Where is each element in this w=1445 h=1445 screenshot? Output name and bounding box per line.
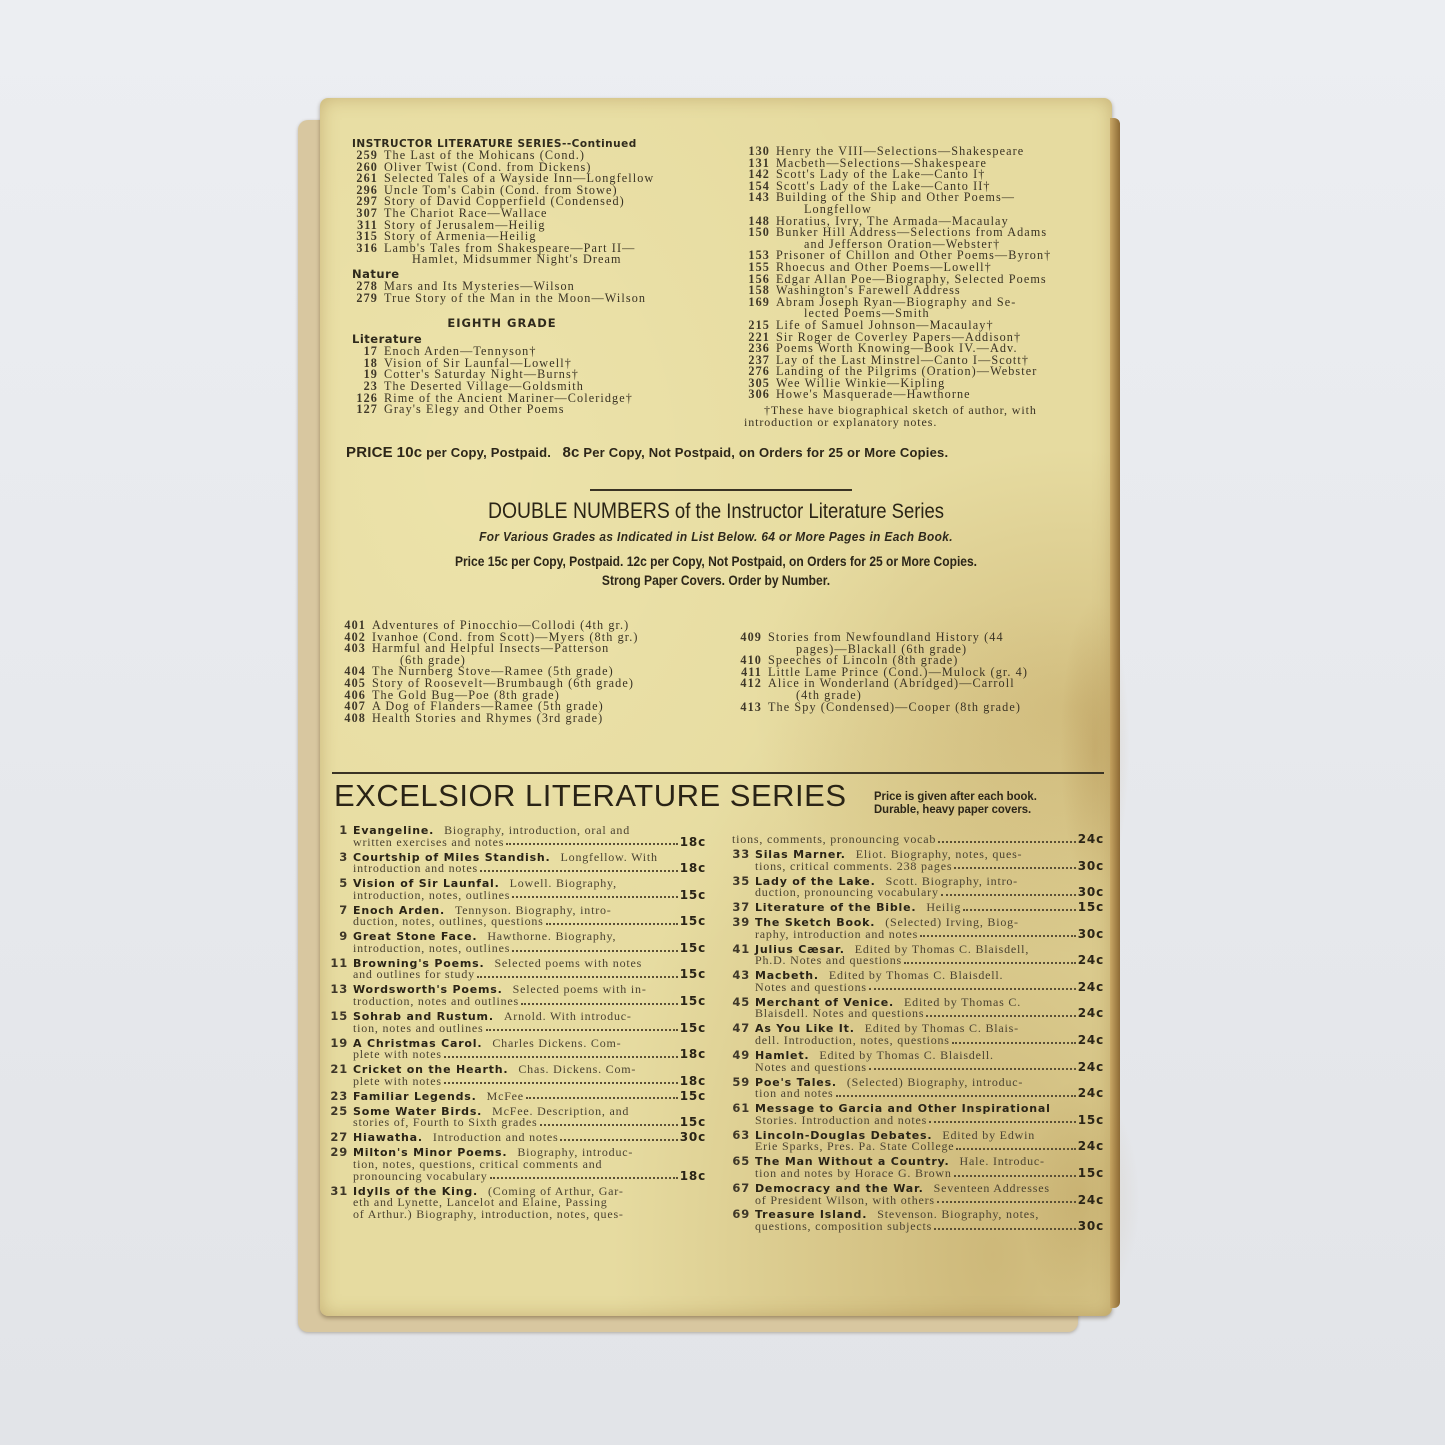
double-numbers-covers: Strong Paper Covers. Order by Number. [375, 572, 1056, 588]
dot-leader [904, 955, 1076, 964]
dot-leader [444, 1076, 678, 1085]
item-number: 408 [340, 713, 366, 725]
dot-leader [480, 863, 678, 872]
eighth-grade-heading: EIGHTH GRADE [352, 316, 652, 330]
dot-leader [938, 834, 1076, 843]
item-number: 65 [732, 1156, 750, 1168]
list-item: 413The Spy (Condensed)—Cooper (8th grade… [736, 702, 1116, 714]
item-price: 24c [1078, 1062, 1104, 1074]
item-price: 18c [680, 1076, 706, 1088]
item-description-cont: of President Wilson, with others [755, 1195, 935, 1207]
excelsior-right-list: 33Silas Marner.Eliot. Biography, notes, … [732, 849, 1104, 1233]
item-description: Introduction and notes [433, 1132, 559, 1144]
item-price: 15c [680, 1117, 706, 1129]
item-number: 279 [352, 293, 378, 305]
item-price: 30c [1078, 887, 1104, 899]
dot-leader [954, 1168, 1076, 1177]
dot-leader [444, 1049, 678, 1058]
item-description-cont: and outlines for study [353, 969, 475, 981]
dot-leader [477, 969, 678, 978]
item-price: 24c [1078, 834, 1104, 846]
item-number: 49 [732, 1050, 750, 1062]
dot-leader [963, 902, 1076, 911]
item-price: 24c [1078, 1088, 1104, 1100]
list-item: 37Literature of the Bible.Heilig15c [732, 902, 1104, 914]
dot-leader [956, 1141, 1075, 1150]
double-right-list: 409Stories from Newfoundland History (44… [736, 632, 1116, 713]
item-price: 18c [680, 863, 706, 875]
dot-leader [954, 861, 1075, 870]
item-number: 69 [732, 1209, 750, 1221]
item-description: Lowell. Biography, [510, 878, 617, 890]
item-description-cont: tion and notes [755, 1088, 834, 1100]
nature-list: 278Mars and Its Mysteries—Wilson279True … [352, 281, 742, 304]
list-item: 143Building of the Ship and Other Poems— [744, 192, 1114, 204]
item-description-cont: plete with notes [353, 1049, 442, 1061]
item-number: 23 [330, 1091, 348, 1103]
dot-leader [952, 1035, 1076, 1044]
list-item: 43Macbeth.Edited by Thomas C. Blaisdell.… [732, 970, 1104, 993]
dot-leader [512, 890, 678, 899]
excelsior-header: EXCELSIOR LITERATURE SERIES Price is giv… [334, 778, 1114, 814]
item-description-cont: Notes and questions [755, 982, 867, 994]
item-price: 18c [680, 1171, 706, 1183]
item-description: Heilig [926, 902, 961, 914]
item-price: 24c [1078, 955, 1104, 967]
item-number: 15 [330, 1011, 348, 1023]
item-description-cont: Notes and questions [755, 1062, 867, 1074]
list-item: 25Some Water Birds.McFee. Description, a… [330, 1106, 706, 1129]
bulk-price-text: Per Copy, Not Postpaid, on Orders for 25… [583, 445, 948, 460]
item-number: 413 [736, 702, 762, 714]
item-description: Charles Dickens. Com- [492, 1038, 621, 1050]
item-number: 59 [732, 1077, 750, 1089]
item-title: The Spy (Condensed)—Cooper (8th grade) [768, 700, 1021, 714]
list-item: 19A Christmas Carol.Charles Dickens. Com… [330, 1038, 706, 1061]
item-price: 15c [680, 1023, 706, 1035]
item-description: Seventeen Addresses [934, 1183, 1050, 1195]
list-item: 9Great Stone Face.Hawthorne. Biography,i… [330, 931, 706, 954]
list-item: 49Hamlet.Edited by Thomas C. Blaisdell.N… [732, 1050, 1104, 1073]
item-number: 47 [732, 1023, 750, 1035]
item-number: 33 [732, 849, 750, 861]
list-item: 39The Sketch Book.(Selected) Irving, Bio… [732, 917, 1104, 940]
dot-leader [941, 887, 1076, 896]
dot-leader [934, 1221, 1076, 1230]
dot-leader [490, 1171, 678, 1180]
item-description-cont: Ph.D. Notes and questions [755, 955, 902, 967]
dot-leader [521, 996, 678, 1005]
price-amount: 10c [397, 444, 423, 461]
item-number: 35 [732, 876, 750, 888]
item-description: Hale. Introduc- [960, 1156, 1045, 1168]
item-price: 30c [1078, 1221, 1104, 1233]
item-description-cont: dell. Introduction, notes, questions [755, 1035, 950, 1047]
item-description-cont: introduction, notes, outlines [353, 890, 510, 902]
item-price: 24c [1078, 1035, 1104, 1047]
instructor-right-list: 130Henry the VIII—Selections—Shakespeare… [744, 146, 1114, 401]
item-title: Howe's Masquerade—Hawthorne [776, 387, 971, 401]
item-description: Selected poems with in- [513, 984, 647, 996]
item-price: 15c [680, 996, 706, 1008]
item-description: McFee [487, 1091, 524, 1103]
item-title: Literature of the Bible. [755, 902, 916, 914]
item-description-cont: introduction and notes [353, 863, 478, 875]
item-description-cont: tion and notes by Horace G. Brown [755, 1168, 952, 1180]
item-description-cont: written exercises and notes [353, 837, 504, 849]
divider [332, 772, 1104, 774]
double-numbers-subtitle: For Various Grades as Indicated in List … [340, 530, 1092, 544]
item-number: 150 [744, 227, 770, 239]
list-item: 23Familiar Legends.McFee15c [330, 1091, 706, 1103]
item-number: 143 [744, 192, 770, 204]
dot-leader [926, 1008, 1075, 1017]
item-price: 24c [1078, 1008, 1104, 1020]
item-description: Longfellow. With [561, 852, 658, 864]
instructor-left-column: INSTRUCTOR LITERATURE SERIES--Continued … [352, 138, 742, 416]
double-left-list: 401Adventures of Pinocchio—Collodi (4th … [340, 620, 740, 724]
item-number: 412 [736, 678, 762, 690]
item-price: 15c [680, 1091, 706, 1103]
item-price: 15c [680, 969, 706, 981]
list-item: 45Merchant of Venice.Edited by Thomas C.… [732, 997, 1104, 1020]
dot-leader [512, 943, 678, 952]
dot-leader [869, 1062, 1076, 1071]
instructor-list: 259The Last of the Mohicans (Cond.)260Ol… [352, 150, 742, 266]
double-numbers-price: Price 15c per Copy, Postpaid. 12c per Co… [375, 553, 1056, 569]
list-item: 31Idylls of the King.(Coming of Arthur, … [330, 1186, 706, 1221]
item-price: 15c [1078, 1168, 1104, 1180]
item-number: 27 [330, 1132, 348, 1144]
item-number: 19 [330, 1038, 348, 1050]
item-description: (Selected) Biography, introduc- [847, 1077, 1023, 1089]
list-item: 127Gray's Elegy and Other Poems [352, 404, 742, 416]
item-number: 7 [330, 905, 348, 917]
list-item: 13Wordsworth's Poems.Selected poems with… [330, 984, 706, 1007]
list-item: 412Alice in Wonderland (Abridged)—Carrol… [736, 678, 1116, 690]
list-item: 21Cricket on the Hearth.Chas. Dickens. C… [330, 1064, 706, 1087]
list-item: 11Browning's Poems.Selected poems with n… [330, 958, 706, 981]
item-number: 37 [732, 902, 750, 914]
double-numbers-header: DOUBLE NUMBERS of the Instructor Literat… [320, 498, 1112, 588]
item-description-cont: raphy, introduction and notes [755, 929, 918, 941]
item-number: 1 [330, 825, 348, 837]
excelsior-title: EXCELSIOR LITERATURE SERIES [334, 778, 847, 813]
price-line: PRICE 10c per Copy, Postpaid. 8c Per Cop… [346, 444, 1112, 462]
item-description-cont: of Arthur.) Biography, introduction, not… [353, 1209, 624, 1221]
item-number: 45 [732, 997, 750, 1009]
item-number: 316 [352, 243, 378, 255]
item-description: Selected poems with notes [494, 958, 642, 970]
item-number: 39 [732, 917, 750, 929]
excelsior-right-column: tions, comments, pronouncing vocab 24c 3… [732, 834, 1104, 1236]
list-item: 408Health Stories and Rhymes (3rd grade) [340, 713, 740, 725]
dot-leader [526, 1091, 678, 1100]
dot-leader [486, 1023, 678, 1032]
eighth-grade-list: 17Enoch Arden—Tennyson†18Vision of Sir L… [352, 346, 742, 416]
double-numbers-title: DOUBLE NUMBERS of the Instructor Literat… [368, 498, 1065, 524]
item-title: True Story of the Man in the Moon—Wilson [384, 291, 646, 305]
list-item: 306Howe's Masquerade—Hawthorne [744, 389, 1114, 401]
dot-leader [920, 929, 1076, 938]
price-label: PRICE [346, 444, 393, 461]
item-description-cont: introduction, notes, outlines [353, 943, 510, 955]
list-item: 5Vision of Sir Launfal.Lowell. Biography… [330, 878, 706, 901]
item-number: 63 [732, 1130, 750, 1142]
title-rest: of the Instructor Literature Series [675, 500, 944, 523]
excelsior-note-line2: Durable, heavy paper covers. [874, 803, 1037, 816]
list-item: 1Evangeline.Biography, introduction, ora… [330, 825, 706, 848]
item-price: 18c [680, 1049, 706, 1061]
list-item: 67Democracy and the War.Seventeen Addres… [732, 1183, 1104, 1206]
dot-leader [869, 982, 1076, 991]
double-left-column: 401Adventures of Pinocchio—Collodi (4th … [340, 620, 740, 724]
item-number: 43 [732, 970, 750, 982]
list-item: 59Poe's Tales.(Selected) Biography, intr… [732, 1077, 1104, 1100]
dot-leader [937, 1195, 1076, 1204]
dot-leader [506, 837, 678, 846]
dot-leader [836, 1088, 1076, 1097]
item-number: 5 [330, 878, 348, 890]
item-text: tions, comments, pronouncing vocab [732, 834, 936, 846]
item-description-cont: pronouncing vocabulary [353, 1171, 488, 1183]
item-description-cont: questions, composition subjects [755, 1221, 932, 1233]
list-item: 27Hiawatha.Introduction and notes30c [330, 1132, 706, 1144]
bulk-price-amount: 8c [562, 444, 579, 461]
item-number: 169 [744, 297, 770, 309]
title-bold: DOUBLE NUMBERS [488, 498, 670, 523]
item-price: 15c [680, 943, 706, 955]
excelsior-left-list: 1Evangeline.Biography, introduction, ora… [330, 825, 706, 1220]
item-number: 9 [330, 931, 348, 943]
dot-leader [560, 1132, 677, 1141]
item-price: 24c [1078, 1141, 1104, 1153]
item-number: 409 [736, 632, 762, 644]
divider [590, 489, 852, 491]
excelsior-note: Price is given after each book. Durable,… [874, 790, 1051, 816]
item-number: 3 [330, 852, 348, 864]
item-price: 15c [1078, 1115, 1104, 1127]
item-price: 15c [680, 890, 706, 902]
item-number: 25 [330, 1106, 348, 1118]
list-item: 33Silas Marner.Eliot. Biography, notes, … [732, 849, 1104, 872]
item-description-cont: tion, notes and outlines [353, 1023, 484, 1035]
item-number: 403 [340, 643, 366, 655]
item-description: Chas. Dickens. Com- [518, 1064, 636, 1076]
item-description: Edited by Edwin [942, 1130, 1035, 1142]
item-description-cont: plete with notes [353, 1076, 442, 1088]
item-price: 30c [1078, 861, 1104, 873]
item-title: Health Stories and Rhymes (3rd grade) [372, 711, 603, 725]
list-item: 47As You Like It.Edited by Thomas C. Bla… [732, 1023, 1104, 1046]
list-item: 63Lincoln-Douglas Debates.Edited by Edwi… [732, 1130, 1104, 1153]
dot-leader [929, 1115, 1076, 1124]
list-item: 279True Story of the Man in the Moon—Wil… [352, 293, 742, 305]
list-item: 15Sohrab and Rustum.Arnold. With introdu… [330, 1011, 706, 1034]
list-item: 65The Man Without a Country.Hale. Introd… [732, 1156, 1104, 1179]
item-title: Hiawatha. [353, 1132, 423, 1144]
item-price: 15c [680, 916, 706, 928]
dot-leader [546, 916, 678, 925]
list-item: 35Lady of the Lake.Scott. Biography, int… [732, 876, 1104, 899]
item-number: 61 [732, 1103, 750, 1115]
item-price: 30c [1078, 929, 1104, 941]
item-title: Familiar Legends. [353, 1091, 477, 1103]
item-description-cont: Stories. Introduction and notes [755, 1115, 927, 1127]
list-item: 69Treasure Island.Stevenson. Biography, … [732, 1209, 1104, 1232]
item-number: 31 [330, 1186, 348, 1198]
item-number: 21 [330, 1064, 348, 1076]
item-number: 306 [744, 389, 770, 401]
item-number: 41 [732, 944, 750, 956]
footnote-cont: introduction or explanatory notes. [744, 417, 1114, 429]
item-description-cont: stories of, Fourth to Sixth grades [353, 1117, 538, 1129]
instructor-right-column: 130Henry the VIII—Selections—Shakespeare… [744, 146, 1114, 428]
price-text: per Copy, Postpaid. [426, 445, 551, 460]
item-number: 13 [330, 984, 348, 996]
list-item: tions, comments, pronouncing vocab 24c [732, 834, 1104, 846]
item-price: 24c [1078, 1195, 1104, 1207]
list-item: 61Message to Garcia and Other Inspiratio… [732, 1103, 1104, 1126]
item-number: 67 [732, 1183, 750, 1195]
item-description-cont: duction, notes, outlines, questions [353, 916, 544, 928]
item-description-cont: Blaisdell. Notes and questions [755, 1008, 924, 1020]
book-back-cover: INSTRUCTOR LITERATURE SERIES--Continued … [320, 98, 1112, 1316]
item-price: 18c [680, 837, 706, 849]
item-description-cont: Erie Sparks, Pres. Pa. State College [755, 1141, 954, 1153]
excelsior-left-column: 1Evangeline.Biography, introduction, ora… [330, 825, 706, 1224]
list-item: 3Courtship of Miles Standish.Longfellow.… [330, 852, 706, 875]
item-description: Arnold. With introduc- [504, 1011, 632, 1023]
list-item-continuation: Hamlet, Midsummer Night's Dream [352, 254, 742, 266]
item-description-cont: duction, pronouncing vocabulary [755, 887, 939, 899]
item-description-cont: tions, critical comments. 238 pages [755, 861, 952, 873]
list-item: 29Milton's Minor Poems.Biography, introd… [330, 1147, 706, 1182]
item-title: Gray's Elegy and Other Poems [384, 402, 565, 416]
item-price: 24c [1078, 982, 1104, 994]
double-right-column: 409Stories from Newfoundland History (44… [736, 632, 1116, 713]
list-item: 41Julius Cæsar.Edited by Thomas C. Blais… [732, 944, 1104, 967]
item-number: 127 [352, 404, 378, 416]
item-number: 29 [330, 1147, 348, 1159]
item-description-cont: troduction, notes and outlines [353, 996, 519, 1008]
dot-leader [540, 1117, 678, 1126]
item-number: 11 [330, 958, 348, 970]
item-price: 30c [680, 1132, 706, 1144]
list-item: 7Enoch Arden.Tennyson. Biography, intro-… [330, 905, 706, 928]
item-price: 15c [1078, 902, 1104, 914]
